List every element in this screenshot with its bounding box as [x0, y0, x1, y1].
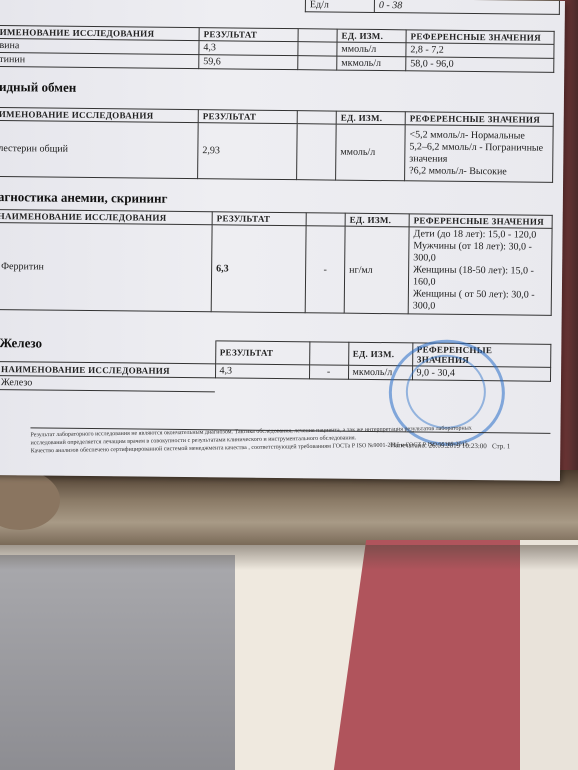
printed-info: Напечатано: 26.09.2019 10:23:00 Стр. 1 — [390, 441, 510, 450]
test-result: 4,3 — [215, 364, 309, 379]
col-result: РЕЗУЛЬТАТ — [198, 110, 297, 124]
col-flag — [297, 111, 336, 124]
test-name: Железо — [0, 376, 215, 392]
flag-cell — [298, 42, 337, 56]
test-unit: ммоль/л — [337, 42, 406, 57]
section-title-lipid: идный обмен — [0, 79, 76, 96]
test-name: Ферритин — [0, 222, 212, 311]
col-unit: ЕД. ИЗМ. — [336, 111, 405, 125]
flag-cell: - — [305, 226, 345, 313]
col-flag — [306, 213, 345, 226]
reference-line: Женщины ( от 50 лет): 30,0 - 300,0 — [413, 288, 547, 313]
reference-line: 5,2–6,2 ммоль/л - Пограничные значения — [409, 141, 548, 166]
col-flag — [309, 342, 348, 365]
test-name: лестерин общий — [0, 120, 198, 178]
col-result: РЕЗУЛЬТАТ — [212, 212, 306, 226]
flag-cell — [297, 124, 337, 180]
blanket-white-stripe — [520, 540, 578, 770]
biochem-table: ИМЕНОВАНИЕ ИССЛЕДОВАНИЯ РЕЗУЛЬТАТ ЕД. ИЗ… — [0, 25, 555, 73]
col-flag — [298, 29, 337, 42]
test-reference: 58,0 - 96,0 — [406, 57, 554, 73]
shadow — [0, 545, 578, 570]
test-reference: Дети (до 18 лет): 15,0 - 120,0 Мужчины (… — [408, 227, 552, 315]
table-row: лестерин общий 2,93 ммоль/л <5,2 ммоль/л… — [0, 120, 553, 182]
test-unit: ммоль/л — [336, 124, 406, 181]
test-name: тинин — [0, 53, 199, 69]
col-result: РЕЗУЛЬТАТ — [215, 341, 309, 365]
col-unit: ЕД. ИЗМ. — [337, 29, 406, 43]
col-result: РЕЗУЛЬТАТ — [199, 28, 298, 42]
col-unit: ЕД. ИЗМ. — [345, 213, 409, 227]
unit-cell: Ед/л — [305, 0, 374, 12]
lipid-table: ИМЕНОВАНИЕ ИССЛЕДОВАНИЯ РЕЗУЛЬТАТ ЕД. ИЗ… — [0, 107, 554, 183]
reference-line: Мужчины (от 18 лет): 30,0 - 300,0 — [413, 240, 547, 265]
reference-line: Женщины (18-50 лет): 15,0 - 160,0 — [413, 264, 547, 289]
reference-line: ?6,2 ммоль/л- Высокие — [409, 165, 548, 178]
flag-cell — [298, 56, 337, 70]
anemia-table: НАИМЕНОВАНИЕ ИССЛЕДОВАНИЯ РЕЗУЛЬТАТ ЕД. … — [0, 209, 553, 316]
wooden-surface — [0, 470, 578, 545]
col-name-empty — [0, 339, 215, 364]
section-title-anemia: агностика анемии, скрининг — [0, 189, 168, 207]
test-reference: 2,8 - 7,2 — [406, 43, 554, 59]
page-number: Стр. 1 — [492, 442, 510, 450]
reference-cell: 0 - 38 — [374, 0, 559, 14]
flag-cell: - — [309, 365, 348, 379]
blanket-grey-stripe — [0, 555, 235, 770]
test-result: 4,3 — [199, 41, 298, 56]
printed-timestamp: Напечатано: 26.09.2019 10:23:00 — [390, 441, 487, 450]
reference-line: <5,2 ммоль/л- Нормальные — [409, 129, 548, 142]
test-result: 59,6 — [199, 55, 298, 70]
test-reference: <5,2 ммоль/л- Нормальные 5,2–6,2 ммоль/л… — [405, 125, 554, 183]
test-unit: нг/мл — [344, 226, 409, 314]
lab-report-page: Ед/л 0 - 38 ИМЕНОВАНИЕ ИССЛЕДОВАНИЯ РЕЗУ… — [0, 0, 565, 481]
test-unit: мкмоль/л — [337, 56, 406, 71]
test-result: 6,3 — [211, 225, 306, 313]
top-fragment-table: Ед/л 0 - 38 — [305, 0, 560, 15]
test-result: 2,93 — [198, 123, 298, 180]
table-row: Ферритин 6,3 - нг/мл Дети (до 18 лет): 1… — [0, 222, 552, 315]
